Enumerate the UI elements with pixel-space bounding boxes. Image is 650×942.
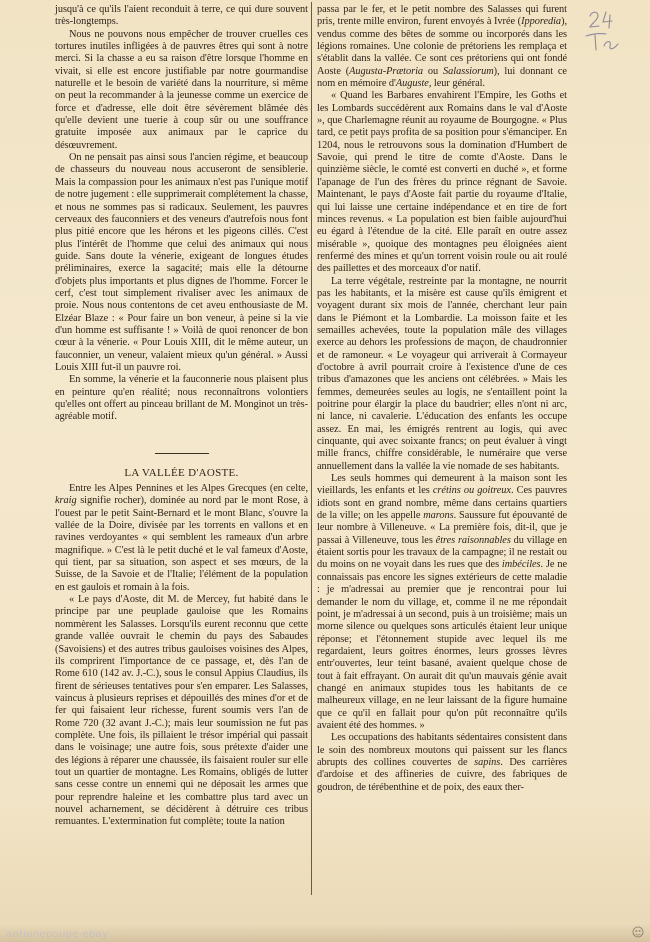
paragraph: « Le pays d'Aoste, dit M. de Mercey, fut… bbox=[55, 594, 308, 829]
column-rule bbox=[311, 2, 312, 895]
text-run: . Je ne connaissais pas encore les signe… bbox=[317, 559, 567, 730]
paragraph: Nous ne pouvons nous empêcher de trouver… bbox=[55, 29, 308, 152]
italic-term: sapins bbox=[474, 757, 500, 768]
paragraph: On ne pensait pas ainsi sous l'ancien ré… bbox=[55, 152, 308, 374]
paragraph: Entre les Alpes Pennines et les Alpes Gr… bbox=[55, 483, 308, 594]
italic-term: Auguste bbox=[396, 78, 429, 89]
text-run: ou bbox=[423, 66, 443, 77]
paragraph: En somme, la vénerie et la fauconnerie n… bbox=[55, 374, 308, 423]
italic-term: Augusta-Prætoria bbox=[349, 66, 423, 77]
italic-term: marons bbox=[423, 510, 453, 521]
italic-term: imbéciles bbox=[502, 559, 541, 570]
text-run: Entre les Alpes Pennines et les Alpes Gr… bbox=[69, 483, 308, 494]
italic-term: kraig bbox=[55, 495, 77, 506]
text-run: signifie rocher), dominée au nord par le… bbox=[55, 495, 308, 592]
paragraph: « Quand les Barbares envahirent l'Empire… bbox=[317, 90, 567, 275]
paragraph: passa par le fer, et le petit nombre des… bbox=[317, 4, 567, 90]
scanned-page: jusqu'à ce qu'ils l'aient reconduit à te… bbox=[0, 0, 650, 942]
handwritten-pencil-note-icon bbox=[582, 6, 632, 56]
italic-term: êtres raisonnables bbox=[436, 535, 511, 546]
right-column: passa par le fer, et le petit nombre des… bbox=[317, 4, 567, 794]
section-title: LA VALLÉE D'AOSTE. bbox=[55, 467, 308, 479]
page-edge-shadow bbox=[0, 924, 650, 942]
paragraph: Les occupations des habitants sédentaire… bbox=[317, 732, 567, 794]
left-column: jusqu'à ce qu'ils l'aient reconduit à te… bbox=[55, 4, 308, 829]
italic-term: Ipporedia bbox=[521, 16, 561, 27]
paragraph: jusqu'à ce qu'ils l'aient reconduit à te… bbox=[55, 4, 308, 29]
italic-term: crétins ou goitreux bbox=[433, 485, 511, 496]
paragraph: La terre végétale, restreinte par la mon… bbox=[317, 276, 567, 474]
section-divider bbox=[155, 453, 209, 454]
italic-term: Salassiorum bbox=[443, 66, 494, 77]
paragraph: Les seuls hommes qui demeurent à la mais… bbox=[317, 473, 567, 732]
text-run: , leur général. bbox=[429, 78, 485, 89]
